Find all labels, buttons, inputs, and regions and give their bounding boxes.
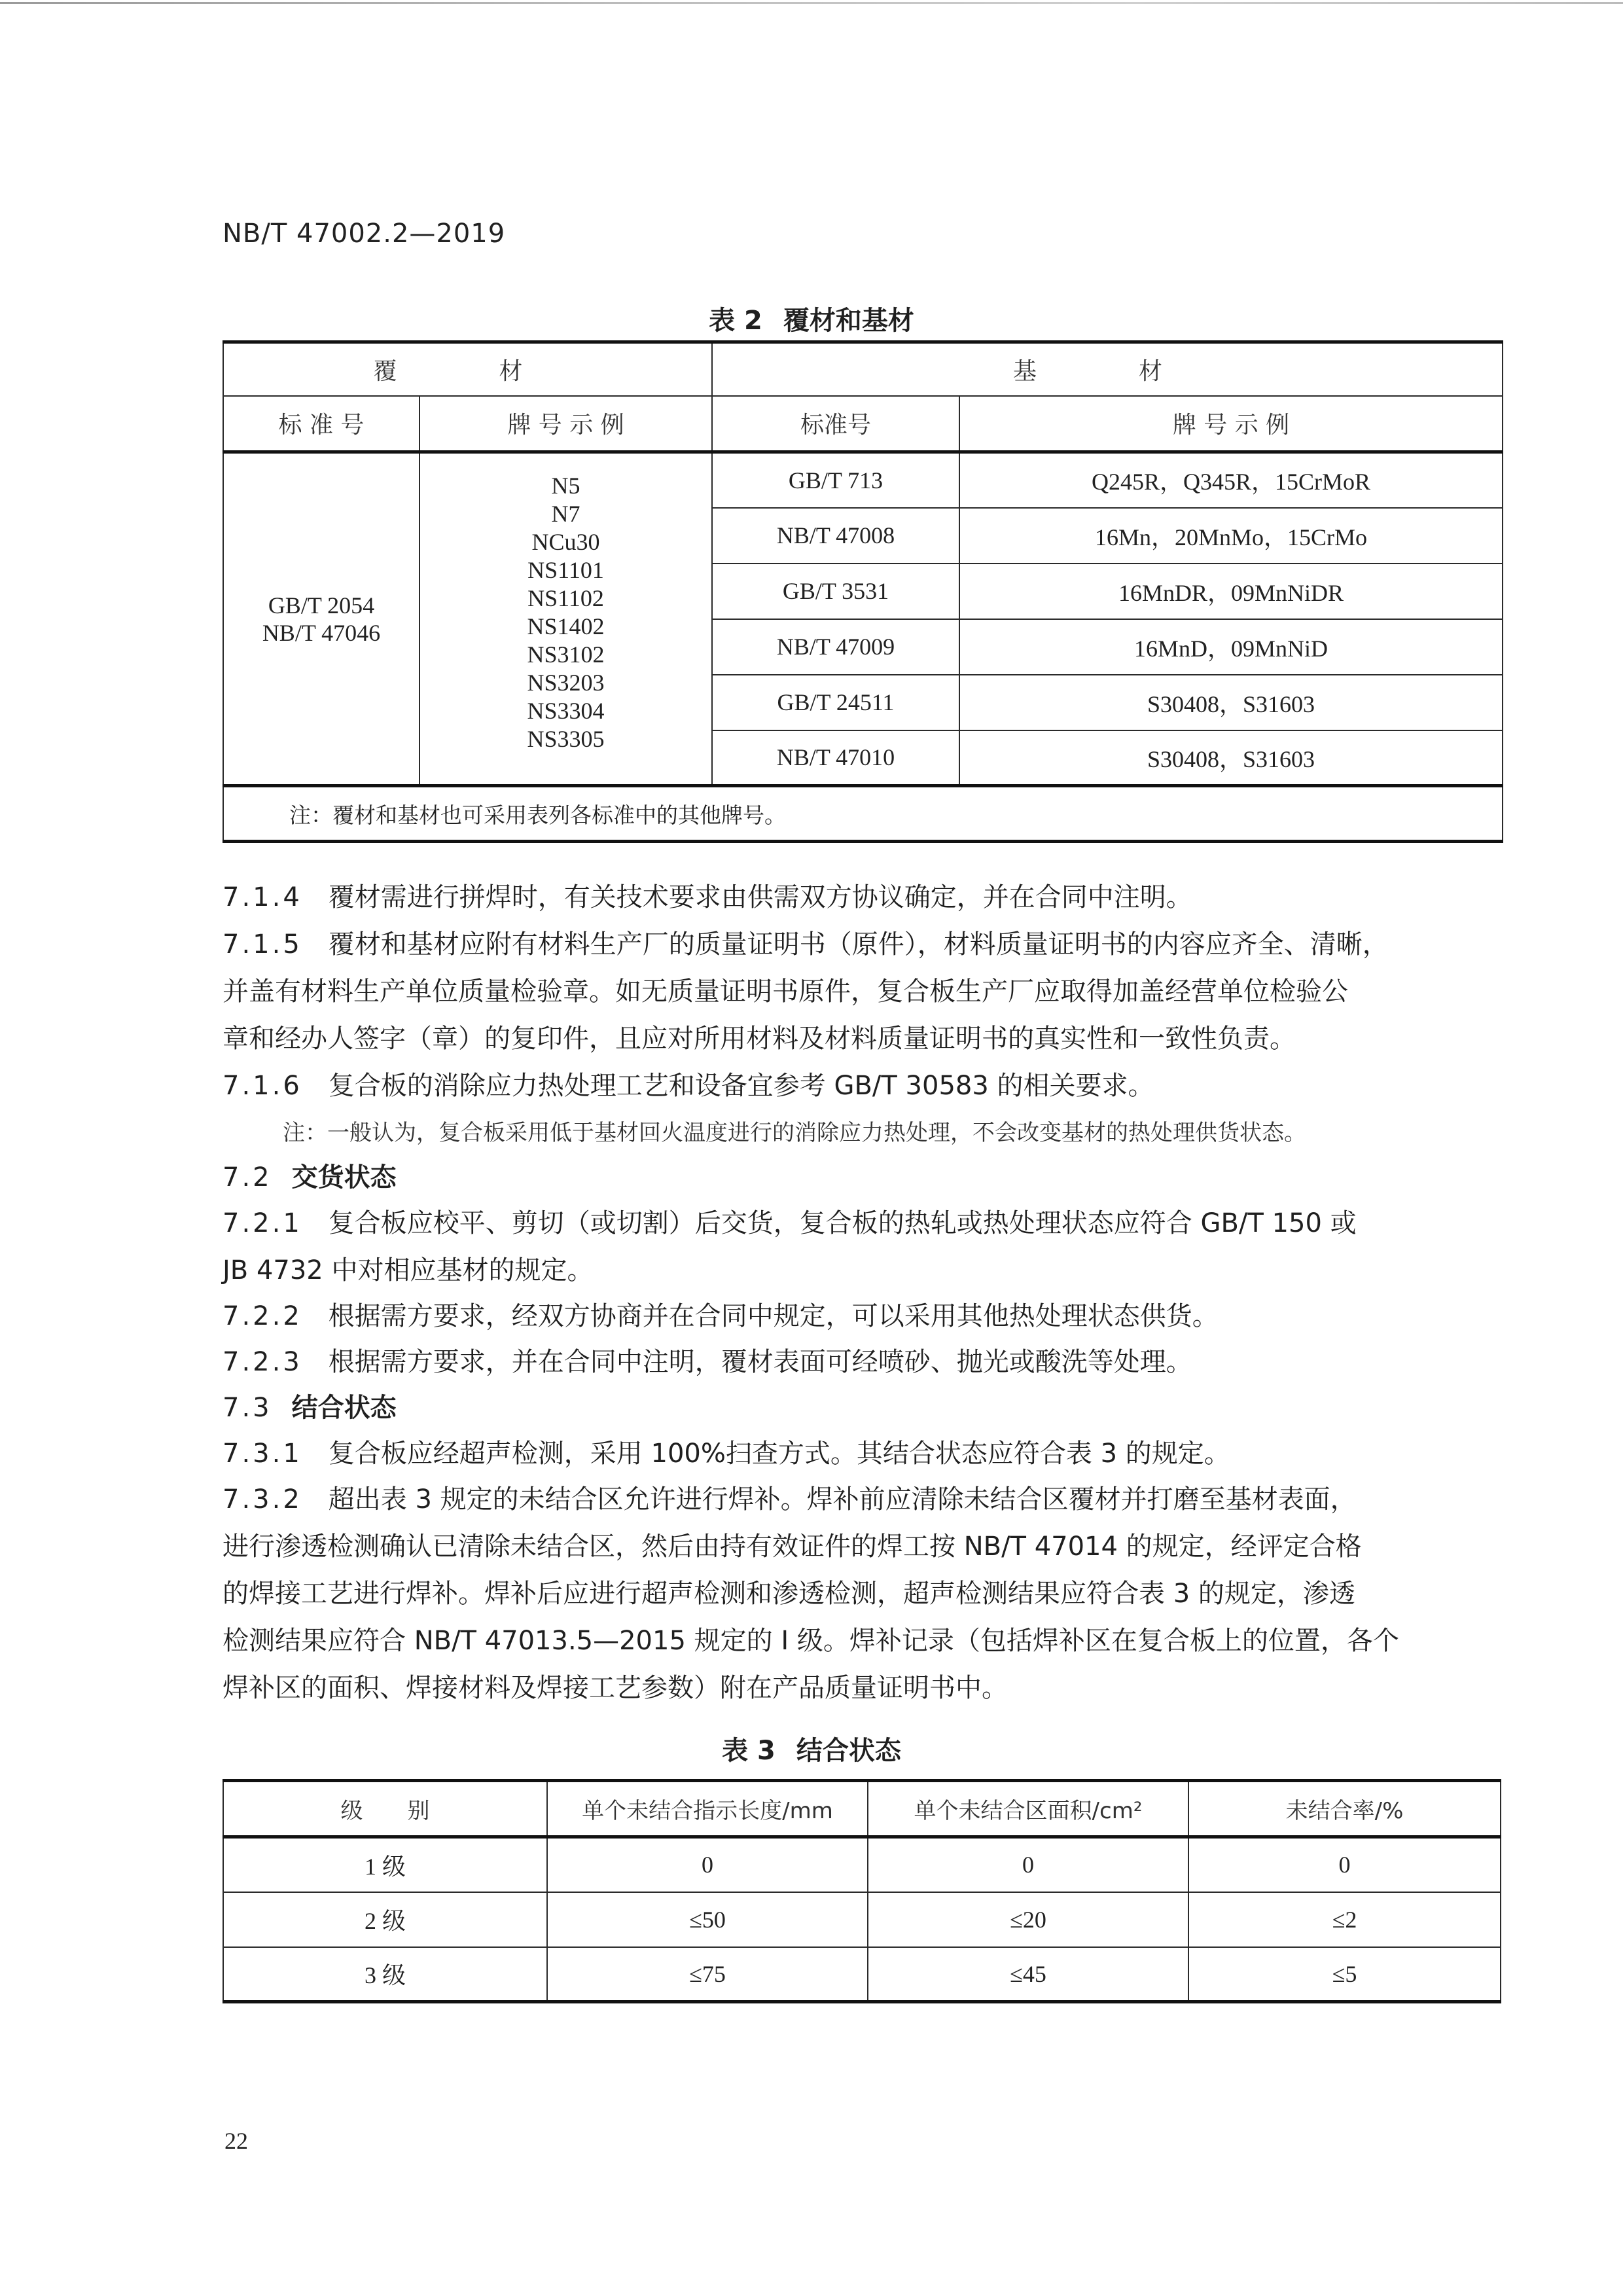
header-cladding-grades: 牌 号 示 例	[419, 396, 712, 452]
header-cladding: 覆 材	[223, 342, 712, 396]
table3-bonding-state: 级 别 单个未结合指示长度/mm 单个未结合区面积/cm² 未结合率/% 1 级…	[223, 1779, 1501, 2003]
header-cladding-standard: 标 准 号	[223, 396, 419, 452]
page-number: 22	[224, 2127, 248, 2155]
header-indication-length: 单个未结合指示长度/mm	[547, 1781, 868, 1837]
cladding-grades-cell: N5 N7 NCu30 NS1101 NS1102 NS1402 NS3102 …	[419, 452, 712, 786]
header-base-standard: 标准号	[712, 396, 959, 452]
table2-caption-number: 表 2	[709, 306, 762, 336]
table-row: 1 级 0 0 0	[223, 1837, 1501, 1892]
base-grades: 16MnD，09MnNiD	[959, 619, 1503, 675]
clause-7-1-4: 7.1.4覆材需进行拼焊时，有关技术要求由供需双方协议确定，并在合同中注明。	[223, 874, 1502, 921]
note-7-1-6: 注：一般认为，复合板采用低于基材回火温度进行的消除应力热处理，不会改变基材的热处…	[283, 1109, 1562, 1157]
header-area: 单个未结合区面积/cm²	[868, 1781, 1188, 1837]
scan-edge-line	[0, 2, 1623, 4]
document-code: NB/T 47002.2—2019	[223, 219, 505, 249]
section-7-2-heading: 7.2交货状态	[223, 1154, 1502, 1201]
clause-7-2-3: 7.2.3根据需方要求，并在合同中注明，覆材表面可经喷砂、抛光或酸洗等处理。	[223, 1338, 1502, 1386]
table-row: GB/T 2054 NB/T 47046 N5 N7 NCu30 NS1101 …	[223, 452, 1503, 508]
clause-7-3-1: 7.3.1复合板应经超声检测，采用 100%扫查方式。其结合状态应符合表 3 的…	[223, 1430, 1502, 1477]
clause-7-1-6: 7.1.6复合板的消除应力热处理工艺和设备宜参考 GB/T 30583 的相关要…	[223, 1062, 1502, 1109]
clause-7-2-2: 7.2.2根据需方要求，经双方协商并在合同中规定，可以采用其他热处理状态供货。	[223, 1293, 1502, 1340]
table2-note: 注：覆材和基材也可采用表列各标准中的其他牌号。	[223, 786, 1503, 842]
header-base: 基 材	[712, 342, 1503, 396]
base-standard: GB/T 24511	[712, 675, 959, 730]
header-grade: 级 别	[223, 1781, 547, 1837]
table-row: 2 级 ≤50 ≤20 ≤2	[223, 1892, 1501, 1947]
clause-7-1-5: 7.1.5覆材和基材应附有材料生产厂的质量证明书（原件），材料质量证明书的内容应…	[223, 921, 1502, 1062]
base-standard: GB/T 713	[712, 452, 959, 508]
base-grades: S30408，S31603	[959, 675, 1503, 730]
table2-caption: 表 2覆材和基材	[0, 300, 1623, 337]
base-standard: GB/T 3531	[712, 564, 959, 619]
base-grades: 16MnDR，09MnNiDR	[959, 564, 1503, 619]
base-grades: 16Mn，20MnMo，15CrMo	[959, 508, 1503, 564]
header-base-grades: 牌 号 示 例	[959, 396, 1503, 452]
base-standard: NB/T 47008	[712, 508, 959, 564]
table3-caption-title: 结合状态	[796, 1736, 901, 1766]
table3-caption: 表 3结合状态	[0, 1730, 1623, 1767]
base-standard: NB/T 47009	[712, 619, 959, 675]
table-row: 3 级 ≤75 ≤45 ≤5	[223, 1947, 1501, 2002]
table2-caption-title: 覆材和基材	[783, 306, 914, 336]
base-grades: S30408，S31603	[959, 730, 1503, 786]
clause-7-2-1: 7.2.1复合板应校平、剪切（或切割）后交货，复合板的热轧或热处理状态应符合 G…	[223, 1200, 1502, 1294]
base-grades: Q245R，Q345R，15CrMoR	[959, 452, 1503, 508]
table3-caption-number: 表 3	[722, 1736, 776, 1766]
header-unbonded-rate: 未结合率/%	[1188, 1781, 1501, 1837]
clause-7-3-2: 7.3.2超出表 3 规定的未结合区允许进行焊补。焊补前应清除未结合区覆材并打磨…	[223, 1476, 1502, 1712]
section-7-3-heading: 7.3结合状态	[223, 1384, 1502, 1431]
base-standard: NB/T 47010	[712, 730, 959, 786]
table2-cladding-and-base: 覆 材 基 材 标 准 号 牌 号 示 例 标准号 牌 号 示 例 GB/T 2…	[223, 340, 1503, 843]
cladding-standards-cell: GB/T 2054 NB/T 47046	[223, 452, 419, 786]
